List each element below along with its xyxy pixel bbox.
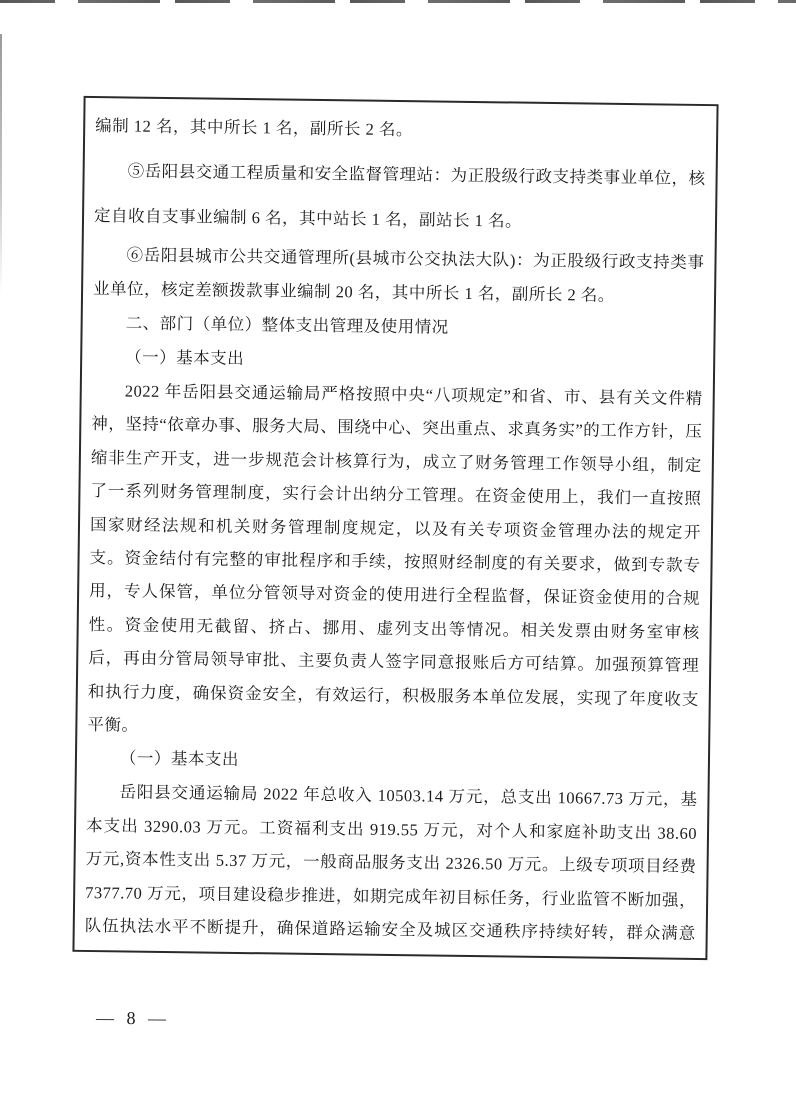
paragraph-continuation: 编制 12 名，其中所长 1 名，副所长 2 名。 bbox=[95, 104, 707, 156]
scanned-document-page: 编制 12 名，其中所长 1 名，副所长 2 名。 ⑤岳阳县交通工程质量和安全监… bbox=[0, 0, 796, 1100]
list-item-6: ⑥岳阳县城市公共交通管理所(县城市公交执法大队)：为正股级行政支持类事业单位，核… bbox=[93, 238, 705, 314]
list-item-5: ⑤岳阳县交通工程质量和安全监督管理站：为正股级行政支持类事业单位，核定自收自支事… bbox=[94, 148, 706, 246]
page-number: — 8 — bbox=[96, 1008, 170, 1029]
scanner-artifact-top-edge bbox=[0, 0, 796, 3]
content-frame: 编制 12 名，其中所长 1 名，副所长 2 名。 ⑤岳阳县交通工程质量和安全监… bbox=[72, 96, 718, 960]
body-paragraph-income-expenditure-figures: 岳阳县交通运输局 2022 年总收入 10503.14 万元，总支出 10667… bbox=[84, 775, 698, 960]
scanner-artifact-left-edge bbox=[0, 34, 2, 294]
body-paragraph-financial-management: 2022 年岳阳县交通运输局严格按照中央“八项规定”和省、市、县有关文件精神，坚… bbox=[87, 374, 703, 749]
